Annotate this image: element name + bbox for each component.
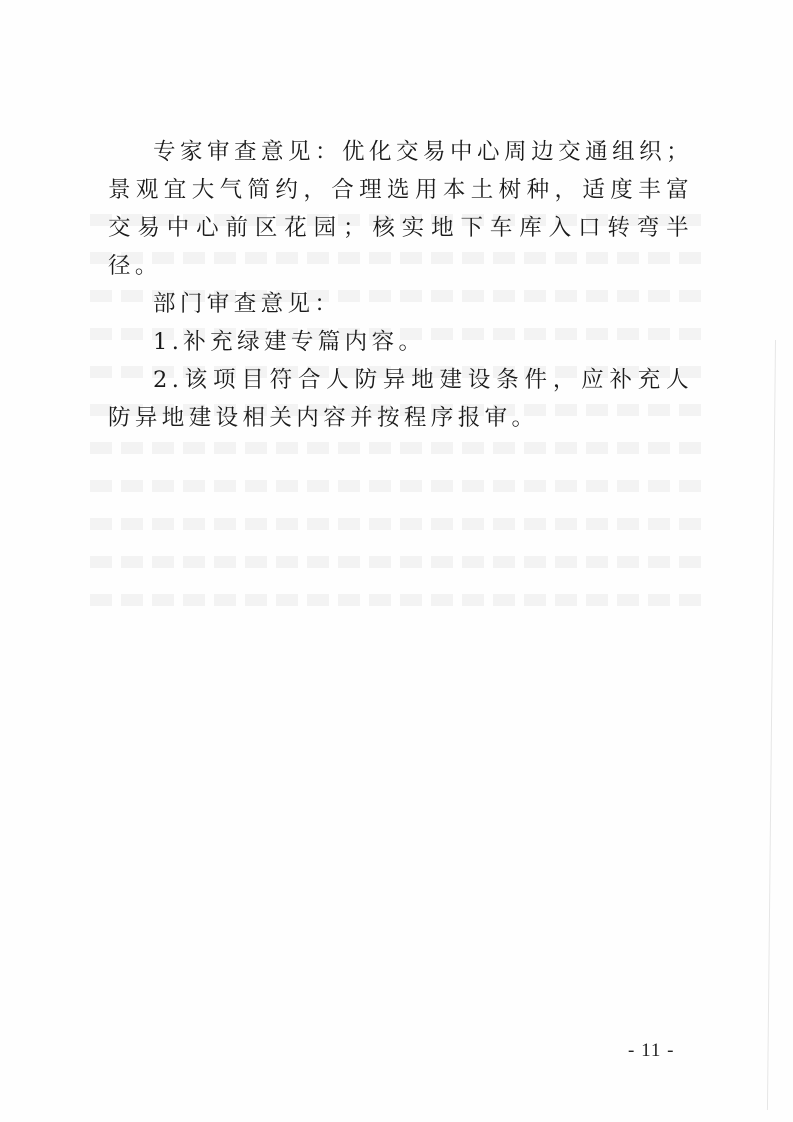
department-opinion-item-1: 1.补充绿建专篇内容。 <box>108 323 693 361</box>
scan-artifact-line <box>767 340 776 1110</box>
department-review-heading: 部门审查意见： <box>108 285 693 323</box>
department-opinion-item-2: 2.该项目符合人防异地建设条件，应补充人防异地建设相关内容并按程序报审。 <box>108 361 693 437</box>
document-body: 专家审查意见：优化交易中心周边交通组织；景观宜大气简约，合理选用本土树种，适度丰… <box>108 133 693 437</box>
expert-review-opinion: 专家审查意见：优化交易中心周边交通组织；景观宜大气简约，合理选用本土树种，适度丰… <box>108 133 693 285</box>
document-page: 专家审查意见：优化交易中心周边交通组织；景观宜大气简约，合理选用本土树种，适度丰… <box>0 0 793 1122</box>
page-number: - 11 - <box>628 1040 674 1062</box>
